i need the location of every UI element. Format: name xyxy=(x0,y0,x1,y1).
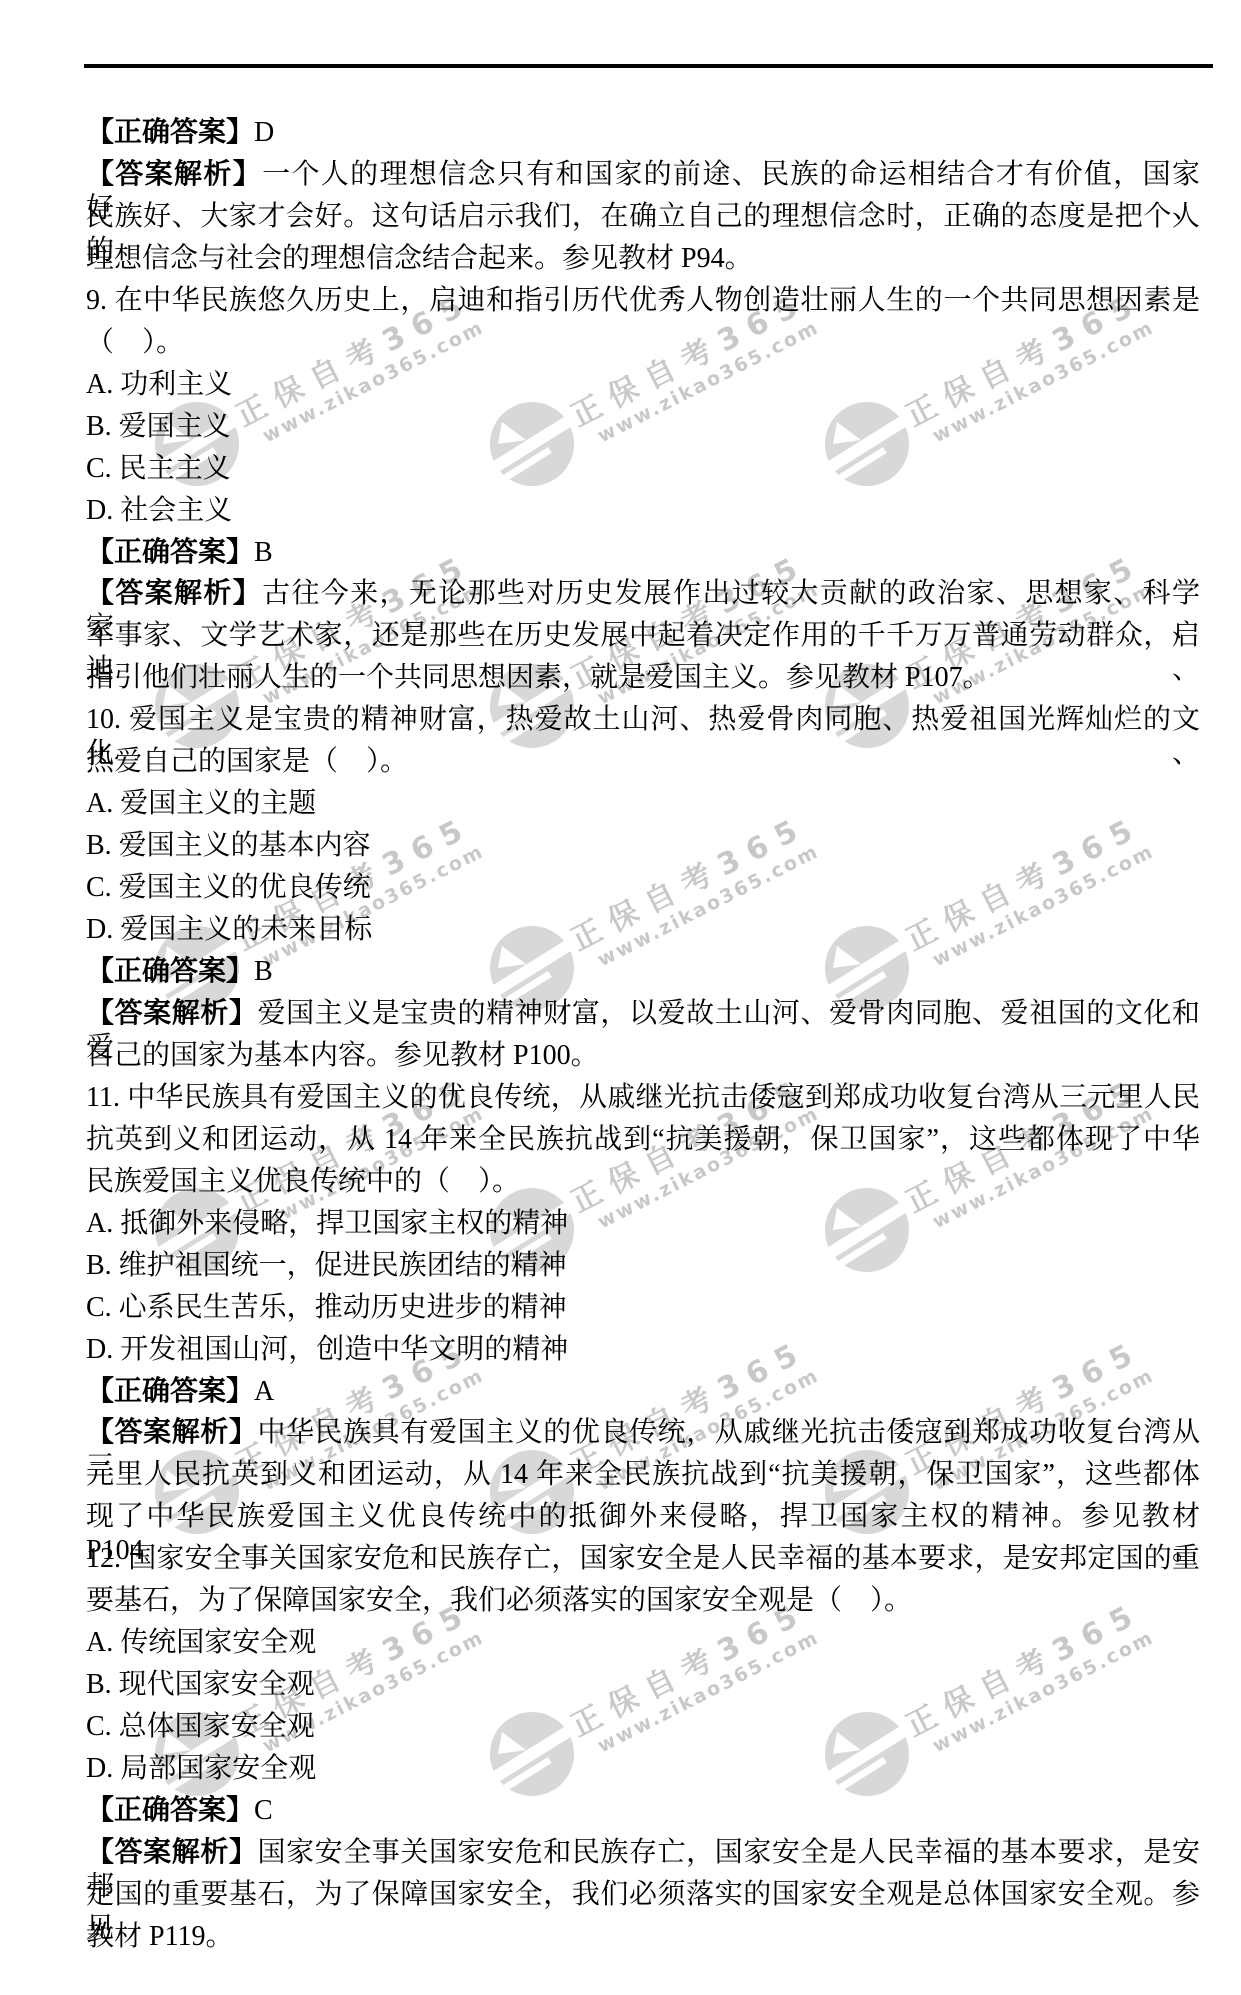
line-text: C. 爱国主义的优良传统 xyxy=(86,872,371,903)
line-text: 12. 国家安全事关国家安危和民族存亡，国家安全是人民幸福的基本要求，是安邦定国… xyxy=(86,1543,1200,1574)
text-line: 【正确答案】A xyxy=(86,1375,1200,1409)
line-text: A. 传统国家安全观 xyxy=(86,1627,316,1658)
text-line: 【正确答案】C xyxy=(86,1794,1200,1828)
text-line: 热爱自己的国家是（ ）。 xyxy=(86,745,1200,779)
answer-section-label: 【答案解析】 xyxy=(86,1417,257,1448)
document-content: 【正确答案】D【答案解析】一个人的理想信念只有和国家的前途、民族的命运相结合才有… xyxy=(0,0,1241,1995)
line-text: （ ）。 xyxy=(86,327,184,358)
text-line: C. 心系民生苦乐，推动历史进步的精神 xyxy=(86,1291,1200,1325)
text-line: A. 功利主义 xyxy=(86,368,1200,402)
text-line: D. 局部国家安全观 xyxy=(86,1752,1200,1786)
text-line: 12. 国家安全事关国家安危和民族存亡，国家安全是人民幸福的基本要求，是安邦定国… xyxy=(86,1542,1200,1576)
line-text: A. 爱国主义的主题 xyxy=(86,788,316,819)
line-text: 9. 在中华民族悠久历史上，启迪和指引历代优秀人物创造壮丽人生的一个共同思想因素… xyxy=(86,285,1200,316)
line-text: B. 爱国主义 xyxy=(86,411,231,442)
text-line: 元里人民抗英到义和团运动，从 14 年来全民族抗战到“抗美援朝，保卫国家”，这些… xyxy=(86,1458,1200,1492)
text-line: 理想信念与社会的理想信念结合起来。参见教材 P94。 xyxy=(86,242,1200,276)
text-line: D. 开发祖国山河，创造中华文明的精神 xyxy=(86,1333,1200,1367)
line-text: 理想信念与社会的理想信念结合起来。参见教材 P94。 xyxy=(86,243,753,274)
text-line: C. 民主主义 xyxy=(86,452,1200,486)
line-text: A xyxy=(254,1376,274,1407)
text-line: C. 爱国主义的优良传统 xyxy=(86,871,1200,905)
line-text: A. 抵御外来侵略，捍卫国家主权的精神 xyxy=(86,1208,568,1239)
text-line: D. 社会主义 xyxy=(86,494,1200,528)
text-line: B. 爱国主义 xyxy=(86,410,1200,444)
text-line: A. 爱国主义的主题 xyxy=(86,787,1200,821)
line-text: C. 民主主义 xyxy=(86,453,231,484)
text-line: 要基石，为了保障国家安全，我们必须落实的国家安全观是（ ）。 xyxy=(86,1584,1200,1618)
text-line: 【正确答案】D xyxy=(86,116,1200,150)
text-line: 自己的国家为基本内容。参见教材 P100。 xyxy=(86,1039,1200,1073)
line-text: C. 总体国家安全观 xyxy=(86,1711,315,1742)
answer-section-label: 【答案解析】 xyxy=(86,1837,257,1868)
text-line: 教材 P119。 xyxy=(86,1920,1200,1954)
text-line: 9. 在中华民族悠久历史上，启迪和指引历代优秀人物创造壮丽人生的一个共同思想因素… xyxy=(86,284,1200,318)
text-line: B. 维护祖国统一，促进民族团结的精神 xyxy=(86,1249,1200,1283)
line-text: 11. 中华民族具有爱国主义的优良传统，从戚继光抗击倭寇到郑成功收复台湾从三元里… xyxy=(86,1082,1200,1113)
line-text: C. 心系民生苦乐，推动历史进步的精神 xyxy=(86,1292,567,1323)
answer-section-label: 【答案解析】 xyxy=(86,159,262,190)
line-text: C xyxy=(254,1795,273,1826)
text-line: B. 现代国家安全观 xyxy=(86,1668,1200,1702)
text-line: 【正确答案】B xyxy=(86,536,1200,570)
line-text: 自己的国家为基本内容。参见教材 P100。 xyxy=(86,1040,599,1071)
answer-section-label: 【正确答案】 xyxy=(86,537,254,568)
line-text: D xyxy=(254,117,274,148)
line-text: 民族爱国主义优良传统中的（ ）。 xyxy=(86,1166,520,1197)
answer-section-label: 【答案解析】 xyxy=(86,998,257,1029)
line-text: B. 维护祖国统一，促进民族团结的精神 xyxy=(86,1250,567,1281)
line-text: B xyxy=(254,537,273,568)
line-text: B. 爱国主义的基本内容 xyxy=(86,830,371,861)
text-line: 民族爱国主义优良传统中的（ ）。 xyxy=(86,1165,1200,1199)
text-line: （ ）。 xyxy=(86,326,1200,360)
text-line: A. 传统国家安全观 xyxy=(86,1626,1200,1660)
answer-section-label: 【正确答案】 xyxy=(86,1795,254,1826)
answer-section-label: 【正确答案】 xyxy=(86,117,254,148)
line-text: B. 现代国家安全观 xyxy=(86,1669,315,1700)
line-text: D. 社会主义 xyxy=(86,495,232,526)
text-line: B. 爱国主义的基本内容 xyxy=(86,829,1200,863)
line-text: D. 爱国主义的未来目标 xyxy=(86,914,372,945)
line-text: 热爱自己的国家是（ ）。 xyxy=(86,746,408,777)
line-text: 抗英到义和团运动，从 14 年来全民族抗战到“抗美援朝，保卫国家”，这些都体现了… xyxy=(86,1124,1200,1155)
text-line: 抗英到义和团运动，从 14 年来全民族抗战到“抗美援朝，保卫国家”，这些都体现了… xyxy=(86,1123,1200,1157)
answer-section-label: 【正确答案】 xyxy=(86,956,254,987)
line-text: 教材 P119。 xyxy=(86,1921,234,1952)
text-line: D. 爱国主义的未来目标 xyxy=(86,913,1200,947)
text-line: C. 总体国家安全观 xyxy=(86,1710,1200,1744)
answer-section-label: 【答案解析】 xyxy=(86,578,262,609)
line-text: D. 局部国家安全观 xyxy=(86,1753,316,1784)
line-text: B xyxy=(254,956,273,987)
line-text: 要基石，为了保障国家安全，我们必须落实的国家安全观是（ ）。 xyxy=(86,1585,912,1616)
document-page: 正保自考365 www.zikao365.com 正保自考365 www.zik… xyxy=(0,0,1241,1995)
line-text: D. 开发祖国山河，创造中华文明的精神 xyxy=(86,1334,568,1365)
header-rule xyxy=(84,64,1213,68)
line-text: A. 功利主义 xyxy=(86,369,232,400)
line-text: 指引他们壮丽人生的一个共同思想因素，就是爱国主义。参见教材 P107。 xyxy=(86,662,991,693)
text-line: 【正确答案】B xyxy=(86,955,1200,989)
text-line: 11. 中华民族具有爱国主义的优良传统，从戚继光抗击倭寇到郑成功收复台湾从三元里… xyxy=(86,1081,1200,1115)
text-line: 指引他们壮丽人生的一个共同思想因素，就是爱国主义。参见教材 P107。 xyxy=(86,661,1200,695)
line-text: 元里人民抗英到义和团运动，从 14 年来全民族抗战到“抗美援朝，保卫国家”，这些… xyxy=(86,1459,1200,1490)
text-line: A. 抵御外来侵略，捍卫国家主权的精神 xyxy=(86,1207,1200,1241)
answer-section-label: 【正确答案】 xyxy=(86,1376,254,1407)
